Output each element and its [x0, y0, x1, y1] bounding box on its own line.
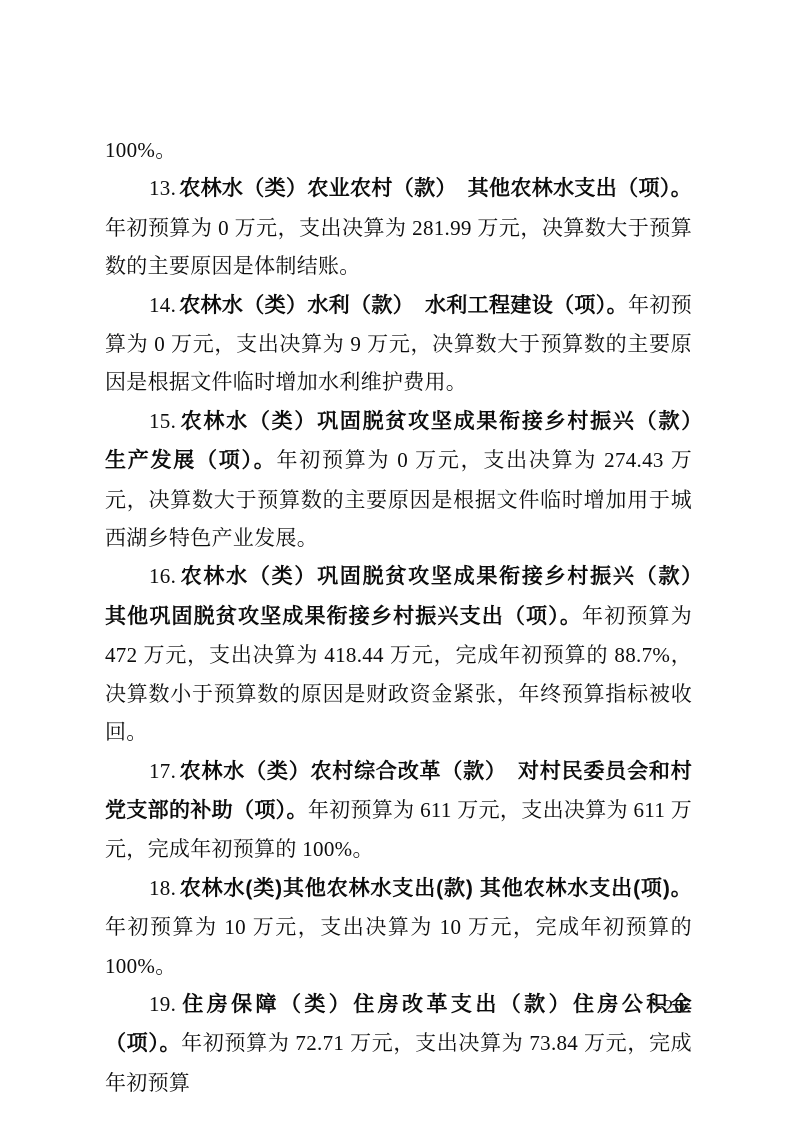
item-body: 年初预算为 0 万元，支出决算为 281.99 万元，决算数大于预算数的主要原因… — [105, 216, 692, 278]
item-number: 14. — [149, 293, 179, 317]
item-body: 年初预算为 72.71 万元，支出决算为 73.84 万元，完成年初预算 — [105, 1031, 692, 1094]
budget-item-19: 19.住房保障（类）住房改革支出（款）住房公积金（项）。年初预算为 72.71 … — [105, 985, 692, 1102]
continuation-text: 100%。 — [105, 138, 177, 162]
item-number: 13. — [149, 176, 179, 200]
item-heading: 农林水(类)其他农林水支出(款) 其他农林水支出(项)。 — [179, 877, 692, 900]
document-page: 100%。 13.农林水（类）农业农村（款） 其他农林水支出（项）。年初预算为 … — [0, 0, 793, 1122]
item-number: 17. — [149, 759, 179, 783]
budget-item-13: 13.农林水（类）农业农村（款） 其他农林水支出（项）。年初预算为 0 万元，支… — [105, 169, 692, 285]
item-heading: 农林水（类）农业农村（款） 其他农林水支出（项）。 — [179, 177, 692, 200]
paragraph-continuation: 100%。 — [105, 131, 692, 169]
budget-item-17: 17.农林水（类）农村综合改革（款） 对村民委员会和村党支部的补助（项）。年初预… — [105, 752, 692, 869]
item-number: 19. — [149, 992, 179, 1016]
item-number: 18. — [149, 876, 179, 900]
budget-item-16: 16.农林水（类）巩固脱贫攻坚成果衔接乡村振兴（款） 其他巩固脱贫攻坚成果衔接乡… — [105, 557, 692, 751]
item-number: 16. — [149, 564, 179, 588]
budget-item-14: 14.农林水（类）水利（款） 水利工程建设（项）。年初预算为 0 万元，支出决算… — [105, 286, 692, 402]
document-body: 100%。 13.农林水（类）农业农村（款） 其他农林水支出（项）。年初预算为 … — [105, 131, 692, 1102]
item-number: 15. — [149, 409, 179, 433]
item-body: 年初预算为 10 万元，支出决算为 10 万元，完成年初预算的 100%。 — [105, 915, 692, 977]
page-number: -20- — [656, 996, 693, 1019]
budget-item-15: 15.农林水（类）巩固脱贫攻坚成果衔接乡村振兴（款） 生产发展（项）。年初预算为… — [105, 402, 692, 558]
budget-item-18: 18.农林水(类)其他农林水支出(款) 其他农林水支出(项)。年初预算为 10 … — [105, 869, 692, 985]
item-heading: 农林水（类）水利（款） 水利工程建设（项）。 — [179, 294, 628, 317]
